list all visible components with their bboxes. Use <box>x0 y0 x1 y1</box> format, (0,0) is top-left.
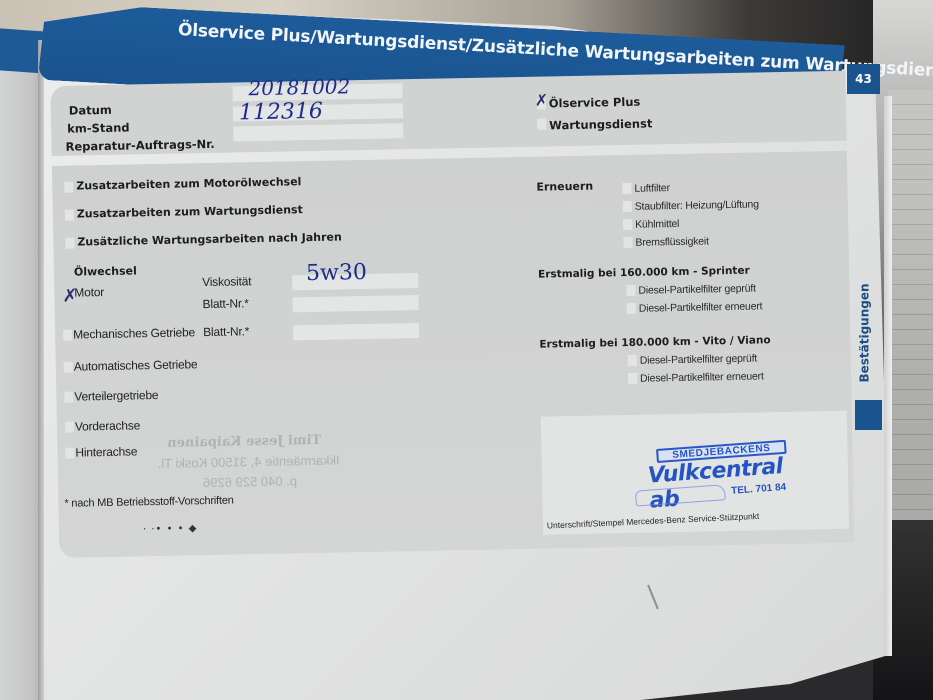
dpf-checked-sprinter-label: Diesel-Partikelfilter geprüft <box>638 282 756 296</box>
workshop-stamp: SMEDJEBACKENS Vulkcentral ab TEL. 701 84 <box>610 437 804 512</box>
transfer-case-label: Verteilergetriebe <box>74 388 158 404</box>
rear-axle-checkbox[interactable] <box>65 448 74 459</box>
signature-stamp-area[interactable]: SMEDJEBACKENS Vulkcentral ab TEL. 701 84… <box>541 411 849 535</box>
coolant-label: Kühlmittel <box>635 218 679 231</box>
motor-sheet-number-field[interactable] <box>292 295 418 312</box>
mechanical-gearbox-checkbox[interactable] <box>63 330 72 341</box>
mechanical-gearbox-label: Mechanisches Getriebe <box>73 325 195 341</box>
additional-work-checkbox[interactable] <box>64 182 73 193</box>
automatic-gearbox-checkbox[interactable] <box>64 362 73 373</box>
checked-mark-icon: ✗ <box>535 92 549 108</box>
oelservice-plus-label: Ölservice Plus <box>549 95 641 111</box>
air-filter-checkbox[interactable] <box>622 183 631 194</box>
ink-smudge: · ·• • • ◆ <box>143 523 198 535</box>
additional-work-checkbox[interactable] <box>65 238 74 249</box>
dpf-renewed-sprinter-label: Diesel-Partikelfilter erneuert <box>639 300 763 314</box>
bleed-through-name: Timi Jesse Kaipainen <box>167 433 321 451</box>
gearbox-sheet-number-field[interactable] <box>293 323 419 340</box>
date-label: Datum <box>69 103 112 118</box>
coolant-checkbox[interactable] <box>623 219 632 230</box>
page-number: 43 <box>846 64 880 94</box>
date-value: 20181002 <box>248 74 350 100</box>
brake-fluid-label: Bremsflüssigkeit <box>635 235 708 248</box>
front-axle-label: Vorderachse <box>75 418 140 433</box>
service-form: Datum km-Stand Reparatur-Auftrags-Nr. 20… <box>50 51 859 566</box>
viscosity-label: Viskosität <box>202 274 251 289</box>
dpf-renewed-vito-checkbox[interactable] <box>628 373 637 384</box>
dpf-renewed-vito-label: Diesel-Partikelfilter erneuert <box>640 370 764 384</box>
front-axle-checkbox[interactable] <box>65 422 74 433</box>
stamp-caption: Unterschrift/Stempel Mercedes-Benz Servi… <box>547 511 760 531</box>
wartungsdienst-label: Wartungsdienst <box>549 116 652 132</box>
side-tab-label: Bestätigungen <box>858 283 872 382</box>
brake-fluid-checkbox[interactable] <box>623 237 632 248</box>
oil-change-heading: Ölwechsel <box>74 264 137 278</box>
dpf-checked-vito-label: Diesel-Partikelfilter geprüft <box>640 352 758 366</box>
dpf-checked-sprinter-checkbox[interactable] <box>626 285 635 296</box>
additional-work-checkbox[interactable] <box>65 210 74 221</box>
rear-axle-label: Hinterachse <box>75 444 137 459</box>
side-tab-marker <box>855 400 882 430</box>
km-value: 112316 <box>239 99 323 126</box>
stacked-pages <box>888 90 933 520</box>
dpf-renewed-sprinter-checkbox[interactable] <box>627 303 636 314</box>
order-number-label: Reparatur-Auftrags-Nr. <box>65 137 214 154</box>
sheet-number-label: Blatt-Nr.* <box>202 296 248 311</box>
viscosity-value: 5w30 <box>306 260 367 286</box>
dust-filter-label: Staubfilter: Heizung/Lüftung <box>635 198 759 212</box>
air-filter-label: Luftfilter <box>634 182 670 195</box>
sheet-number-label: Blatt-Nr.* <box>203 324 249 339</box>
bleed-through-phone: p. 040 529 6296 <box>203 473 297 490</box>
wartungsdienst-checkbox[interactable] <box>537 118 546 129</box>
page-edge <box>884 96 892 656</box>
motor-label: Motor <box>74 285 104 300</box>
dpf-checked-vito-checkbox[interactable] <box>628 355 637 366</box>
transfer-case-checkbox[interactable] <box>64 392 73 403</box>
automatic-gearbox-label: Automatisches Getriebe <box>74 357 198 373</box>
dust-filter-checkbox[interactable] <box>623 201 632 212</box>
km-label: km-Stand <box>67 120 130 135</box>
renew-heading: Erneuern <box>536 180 593 194</box>
